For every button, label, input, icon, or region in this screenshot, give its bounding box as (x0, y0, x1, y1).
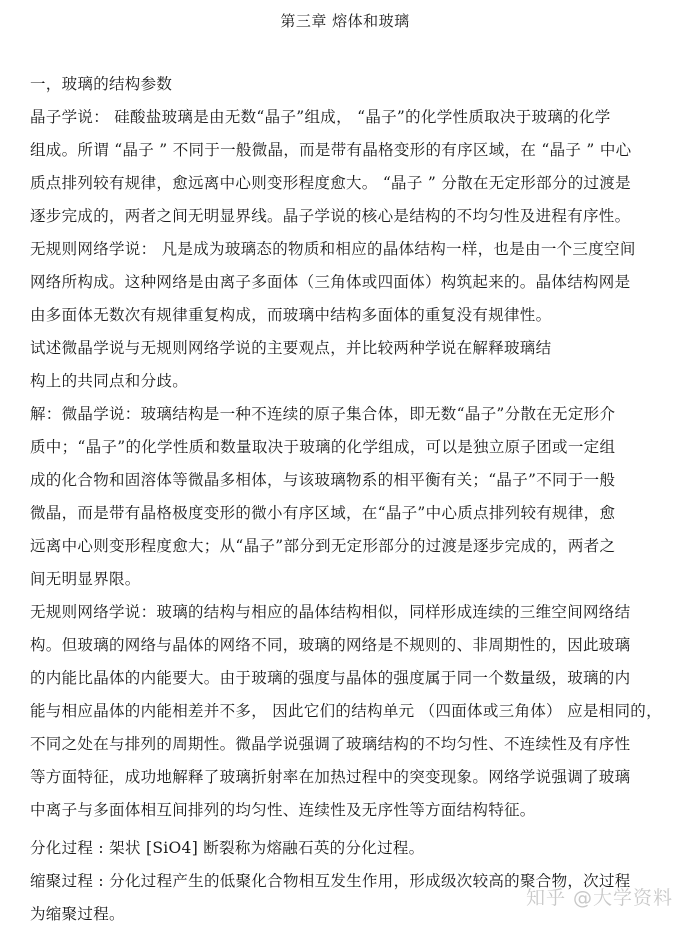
answer-line: 不同之处在与排列的周期性。微晶学说强调了玻璃结构的不均匀性、不连续性及有序性 (30, 732, 630, 754)
answer-line: 中离子与多面体相互间排列的均匀性、连续性及无序性等方面结构特征。 (30, 798, 536, 820)
paragraph-line: 逐步完成的，两者之间无明显界线。晶子学说的核心是结构的不均匀性及进程有序性。 (30, 204, 630, 226)
answer-line: 构。但玻璃的网络与晶体的网络不同，玻璃的网络是不规则的、非周期性的，因此玻璃 (30, 633, 630, 655)
paragraph-line: 网络所构成。这种网络是由离子多面体（三角体或四面体）构筑起来的。晶体结构网是 (30, 270, 630, 292)
paragraph-line: 由多面体无数次有规律重复构成，而玻璃中结构多面体的重复没有规律性。 (30, 303, 551, 325)
question-line: 构上的共同点和分歧。 (30, 369, 188, 391)
answer-line: 解：微晶学说：玻璃结构是一种不连续的原子集合体，即无数“晶子”分散在无定形介 (30, 402, 615, 424)
paragraph-line: 质点排列较有规律，愈远离中心则变形程度愈大。 “晶子 ” 分散在无定形部分的过渡… (30, 171, 631, 193)
paragraph-line: 无规则网络学说： 凡是成为玻璃态的物质和相应的晶体结构一样，也是由一个三度空间 (30, 237, 636, 259)
definition-line: 为缩聚过程。 (30, 902, 125, 924)
answer-line: 等方面特征，成功地解释了玻璃折射率在加热过程中的突变现象。网络学说强调了玻璃 (30, 765, 630, 787)
paragraph-line: 组成。所谓 “晶子 ” 不同于一般微晶，而是带有晶格变形的有序区域，在 “晶子 … (30, 138, 631, 160)
section-heading: 一，玻璃的结构参数 (30, 72, 172, 94)
answer-line: 微晶，而是带有晶格极度变形的微小有序区域，在“晶子”中心质点排列较有规律，愈 (30, 501, 615, 523)
chapter-title: 第三章 熔体和玻璃 (0, 10, 690, 31)
answer-line: 质中；“晶子”的化学性质和数量取决于玻璃的化学组成，可以是独立原子团或一定组 (30, 435, 615, 457)
answer-line: 的内能比晶体的内能要大。由于玻璃的强度与晶体的强度属于同一个数量级，玻璃的内 (30, 666, 630, 688)
answer-line: 无规则网络学说：玻璃的结构与相应的晶体结构相似，同样形成连续的三维空间网络结 (30, 600, 630, 622)
definition-line: 分化过程 : 架状 [SiO4] 断裂称为熔融石英的分化过程。 (30, 836, 424, 858)
answer-line: 间无明显界限。 (30, 567, 141, 589)
answer-line: 成的化合物和固溶体等微晶多相体，与该玻璃物系的相平衡有关；“晶子”不同于一般 (30, 468, 615, 490)
question-line: 试述微晶学说与无规则网络学说的主要观点，并比较两种学说在解释玻璃结 (30, 336, 551, 358)
answer-line: 远离中心则变形程度愈大；从“晶子”部分到无定形部分的过渡是逐步完成的，两者之 (30, 534, 615, 556)
answer-line: 能与相应晶体的内能相差并不多， 因此它们的结构单元 （四面体或三角体） 应是相同… (30, 699, 662, 721)
paragraph-line: 晶子学说： 硅酸盐玻璃是由无数“晶子”组成， “晶子”的化学性质取决于玻璃的化学 (30, 105, 611, 127)
watermark: 知乎 @大学资料 (526, 883, 673, 910)
